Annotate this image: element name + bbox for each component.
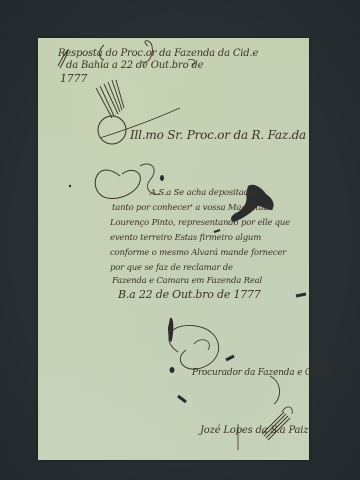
signature: Jozé Lopes da S.a Paiz [200,425,308,436]
body-line-4: evento terreiro Estas firmeiro algum [110,233,261,243]
date-line: B.a 22 de Out.bro de 1777 [118,288,261,301]
header-line-1: Resposta do Proc.or da Fazenda da Cid.e [58,48,258,59]
header-line-2: da Bahia a 22 de Out.bro de [66,60,203,71]
body-line-2: tanto por conhecer' a vossa Magestade [112,203,274,213]
body-line-5: conforme o mesmo Alvará mande fornecer [110,248,286,258]
header-line-3: 1777 [60,72,87,85]
body-line-1: A S.a Se acha depositado [150,188,254,198]
body-line-7: Fazenda e Camara em Fazenda Real [112,276,262,286]
salutation: Ill.mo Sr. Proc.or da R. Faz.da [130,128,306,142]
body-line-6: por que se faz de reclamar de [110,263,233,273]
body-line-3: Lourenço Pinto, representando por elle q… [110,218,290,228]
closing-title: Procurador da Fazenda e Corôa [192,368,331,378]
